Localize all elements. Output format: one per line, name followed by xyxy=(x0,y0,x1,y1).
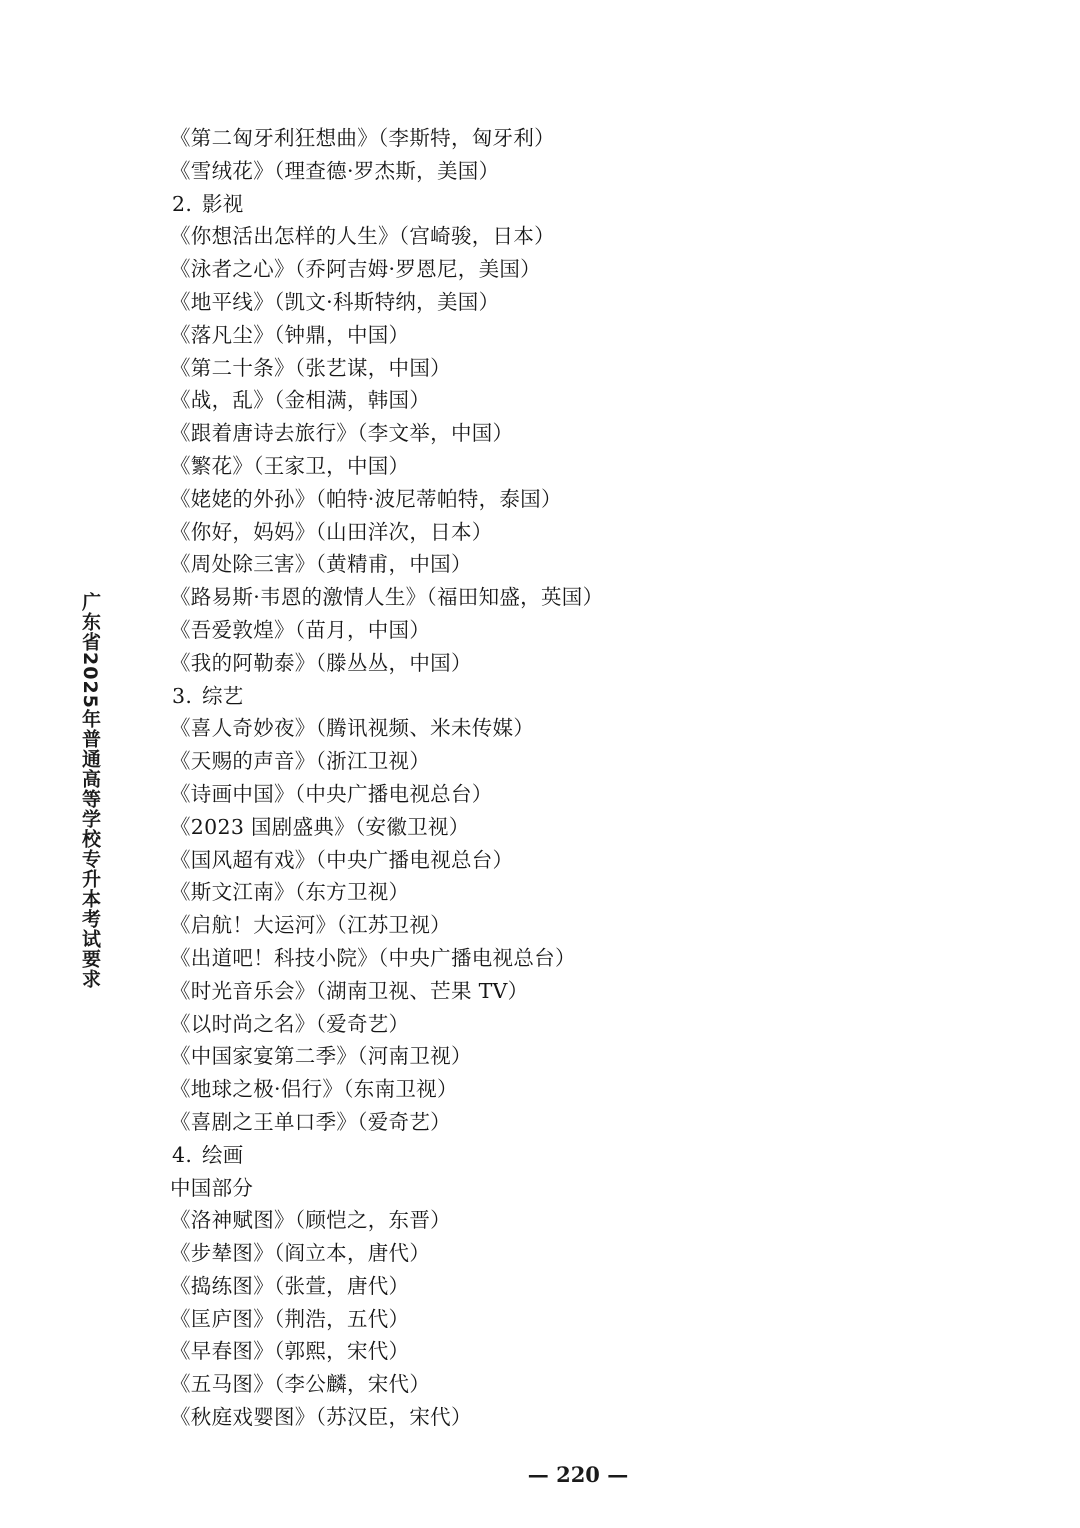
list-item: 《地平线》（凯文·科斯特纳，美国） xyxy=(170,286,970,319)
list-item: 《战，乱》（金相满，韩国） xyxy=(170,384,970,417)
section-number: 3. xyxy=(172,680,202,713)
list-item: 《地球之极·侣行》（东南卫视） xyxy=(170,1073,970,1106)
list-item: 《姥姥的外孙》（帕特·波尼蒂帕特，泰国） xyxy=(170,483,970,516)
list-item: 《五马图》（李公麟，宋代） xyxy=(170,1368,970,1401)
section-heading: 4.绘画 xyxy=(170,1139,970,1172)
list-item: 《喜剧之王单口季》（爱奇艺） xyxy=(170,1106,970,1139)
section-heading: 2.影视 xyxy=(170,188,970,221)
list-item: 《跟着唐诗去旅行》（李文举，中国） xyxy=(170,417,970,450)
subsection-heading: 中国部分 xyxy=(170,1172,970,1205)
section-number: 4. xyxy=(172,1139,202,1172)
list-item: 《第二匈牙利狂想曲》（李斯特，匈牙利） xyxy=(170,122,970,155)
section-number: 2. xyxy=(172,188,202,221)
list-item: 《雪绒花》（理查德·罗杰斯，美国） xyxy=(170,155,970,188)
section-title: 综艺 xyxy=(202,684,244,708)
list-item: 《以时尚之名》（爱奇艺） xyxy=(170,1008,970,1041)
list-item: 《吾爱敦煌》（苗月，中国） xyxy=(170,614,970,647)
list-item: 《匡庐图》（荆浩，五代） xyxy=(170,1303,970,1336)
list-item: 《国风超有戏》（中央广播电视总台） xyxy=(170,844,970,877)
list-item: 《泳者之心》（乔阿吉姆·罗恩尼，美国） xyxy=(170,253,970,286)
list-item: 《繁花》（王家卫，中国） xyxy=(170,450,970,483)
list-item: 《秋庭戏婴图》（苏汉臣，宋代） xyxy=(170,1401,970,1434)
list-item: 《第二十条》（张艺谋，中国） xyxy=(170,352,970,385)
list-item: 《你好，妈妈》（山田洋次，日本） xyxy=(170,516,970,549)
list-item: 《路易斯·韦恩的激情人生》（福田知盛，英国） xyxy=(170,581,970,614)
side-running-title: 广东省2025年普通高等学校专升本考试要求 xyxy=(78,592,102,989)
list-item: 《诗画中国》（中央广播电视总台） xyxy=(170,778,970,811)
list-item: 《周处除三害》（黄精甫，中国） xyxy=(170,548,970,581)
section-title: 影视 xyxy=(202,192,244,216)
page-number: — 220 — xyxy=(38,1462,1080,1487)
list-item: 《天赐的声音》（浙江卫视） xyxy=(170,745,970,778)
list-item: 《洛神赋图》（顾恺之，东晋） xyxy=(170,1204,970,1237)
list-item: 《时光音乐会》（湖南卫视、芒果 TV） xyxy=(170,975,970,1008)
list-item: 《2023 国剧盛典》（安徽卫视） xyxy=(170,811,970,844)
section-title: 绘画 xyxy=(202,1143,244,1167)
list-item: 《早春图》（郭熙，宋代） xyxy=(170,1335,970,1368)
list-item: 《落凡尘》（钟鼎，中国） xyxy=(170,319,970,352)
document-page: 广东省2025年普通高等学校专升本考试要求 《第二匈牙利狂想曲》（李斯特，匈牙利… xyxy=(0,0,1080,1528)
work-list: 《第二匈牙利狂想曲》（李斯特，匈牙利）《雪绒花》（理查德·罗杰斯，美国）2.影视… xyxy=(170,122,970,1434)
list-item: 《中国家宴第二季》（河南卫视） xyxy=(170,1040,970,1073)
list-item: 《我的阿勒泰》（滕丛丛，中国） xyxy=(170,647,970,680)
list-item: 《步辇图》（阎立本，唐代） xyxy=(170,1237,970,1270)
section-heading: 3.综艺 xyxy=(170,680,970,713)
list-item: 《喜人奇妙夜》（腾讯视频、米未传媒） xyxy=(170,712,970,745)
list-item: 《斯文江南》（东方卫视） xyxy=(170,876,970,909)
list-item: 《启航！大运河》（江苏卫视） xyxy=(170,909,970,942)
list-item: 《你想活出怎样的人生》（宫崎骏，日本） xyxy=(170,220,970,253)
list-item: 《出道吧！科技小院》（中央广播电视总台） xyxy=(170,942,970,975)
list-item: 《捣练图》（张萱，唐代） xyxy=(170,1270,970,1303)
